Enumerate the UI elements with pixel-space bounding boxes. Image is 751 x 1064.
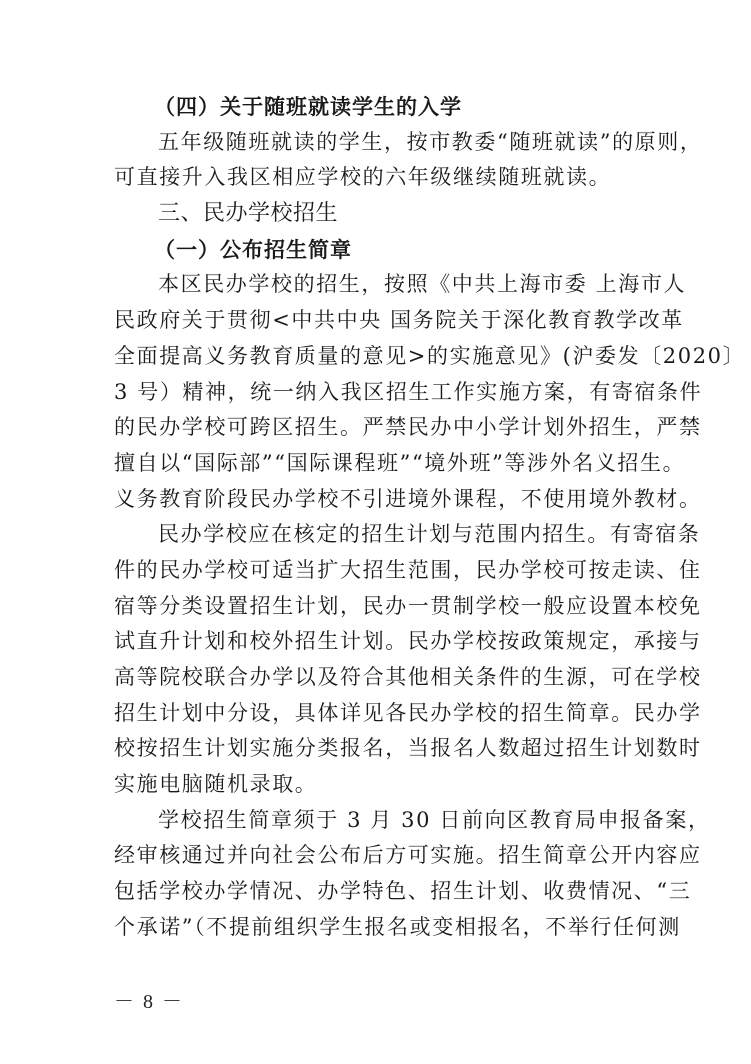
paragraph-line: 招生计划中分设，具体详见各民办学校的招生简章。民办学 bbox=[114, 696, 642, 732]
paragraph-line: 3 号）精神，统一纳入我区招生工作实施方案，有寄宿条件 bbox=[114, 375, 642, 411]
paragraph-line: 高等院校联合办学以及符合其他相关条件的生源，可在学校 bbox=[114, 660, 642, 696]
document-page: （四）关于随班就读学生的入学 五年级随班就读的学生，按市教委“随班就读”的原则，… bbox=[114, 89, 642, 946]
paragraph-line: 经审核通过并向社会公布后方可实施。招生简章公开内容应 bbox=[114, 838, 642, 874]
paragraph-line: 个承诺”（不提前组织学生报名或变相报名，不举行任何测 bbox=[114, 910, 642, 946]
paragraph-line: 校按招生计划实施分类报名，当报名人数超过招生计划数时 bbox=[114, 731, 642, 767]
paragraph-line: 民办学校应在核定的招生计划与范围内招生。有寄宿条 bbox=[114, 517, 642, 553]
section-heading-4: （四）关于随班就读学生的入学 bbox=[114, 89, 642, 125]
paragraph-line: 件的民办学校可适当扩大招生范围，民办学校可按走读、住 bbox=[114, 553, 642, 589]
paragraph-line: 擅自以“国际部”“国际课程班”“境外班”等涉外名义招生。 bbox=[114, 446, 642, 482]
section-heading-1: （一）公布招生简章 bbox=[114, 232, 642, 268]
paragraph-line: 的民办学校可跨区招生。严禁民办中小学计划外招生，严禁 bbox=[114, 410, 642, 446]
paragraph-line: 学校招生简章须于 3 月 30 日前向区教育局申报备案， bbox=[114, 803, 642, 839]
paragraph-line: 民政府关于贯彻<中共中央 国务院关于深化教育教学改革 bbox=[114, 303, 642, 339]
paragraph-line: 义务教育阶段民办学校不引进境外课程，不使用境外教材。 bbox=[114, 482, 642, 518]
paragraph-line: 实施电脑随机录取。 bbox=[114, 767, 642, 803]
paragraph-line: 试直升计划和校外招生计划。民办学校按政策规定，承接与 bbox=[114, 624, 642, 660]
page-number: － 8 － bbox=[114, 985, 184, 1014]
paragraph-line: 宿等分类设置招生计划，民办一贯制学校一般应设置本校免 bbox=[114, 589, 642, 625]
paragraph-line: 包括学校办学情况、办学特色、招生计划、收费情况、“三 bbox=[114, 874, 642, 910]
paragraph-line: 全面提高义务教育质量的意见>的实施意见》(沪委发〔2020〕 bbox=[114, 339, 642, 375]
paragraph-line: 可直接升入我区相应学校的六年级继续随班就读。 bbox=[114, 160, 642, 196]
chapter-heading-3: 三、民办学校招生 bbox=[114, 196, 642, 232]
paragraph-line: 五年级随班就读的学生，按市教委“随班就读”的原则， bbox=[114, 125, 642, 161]
paragraph-line: 本区民办学校的招生，按照《中共上海市委 上海市人 bbox=[114, 267, 642, 303]
